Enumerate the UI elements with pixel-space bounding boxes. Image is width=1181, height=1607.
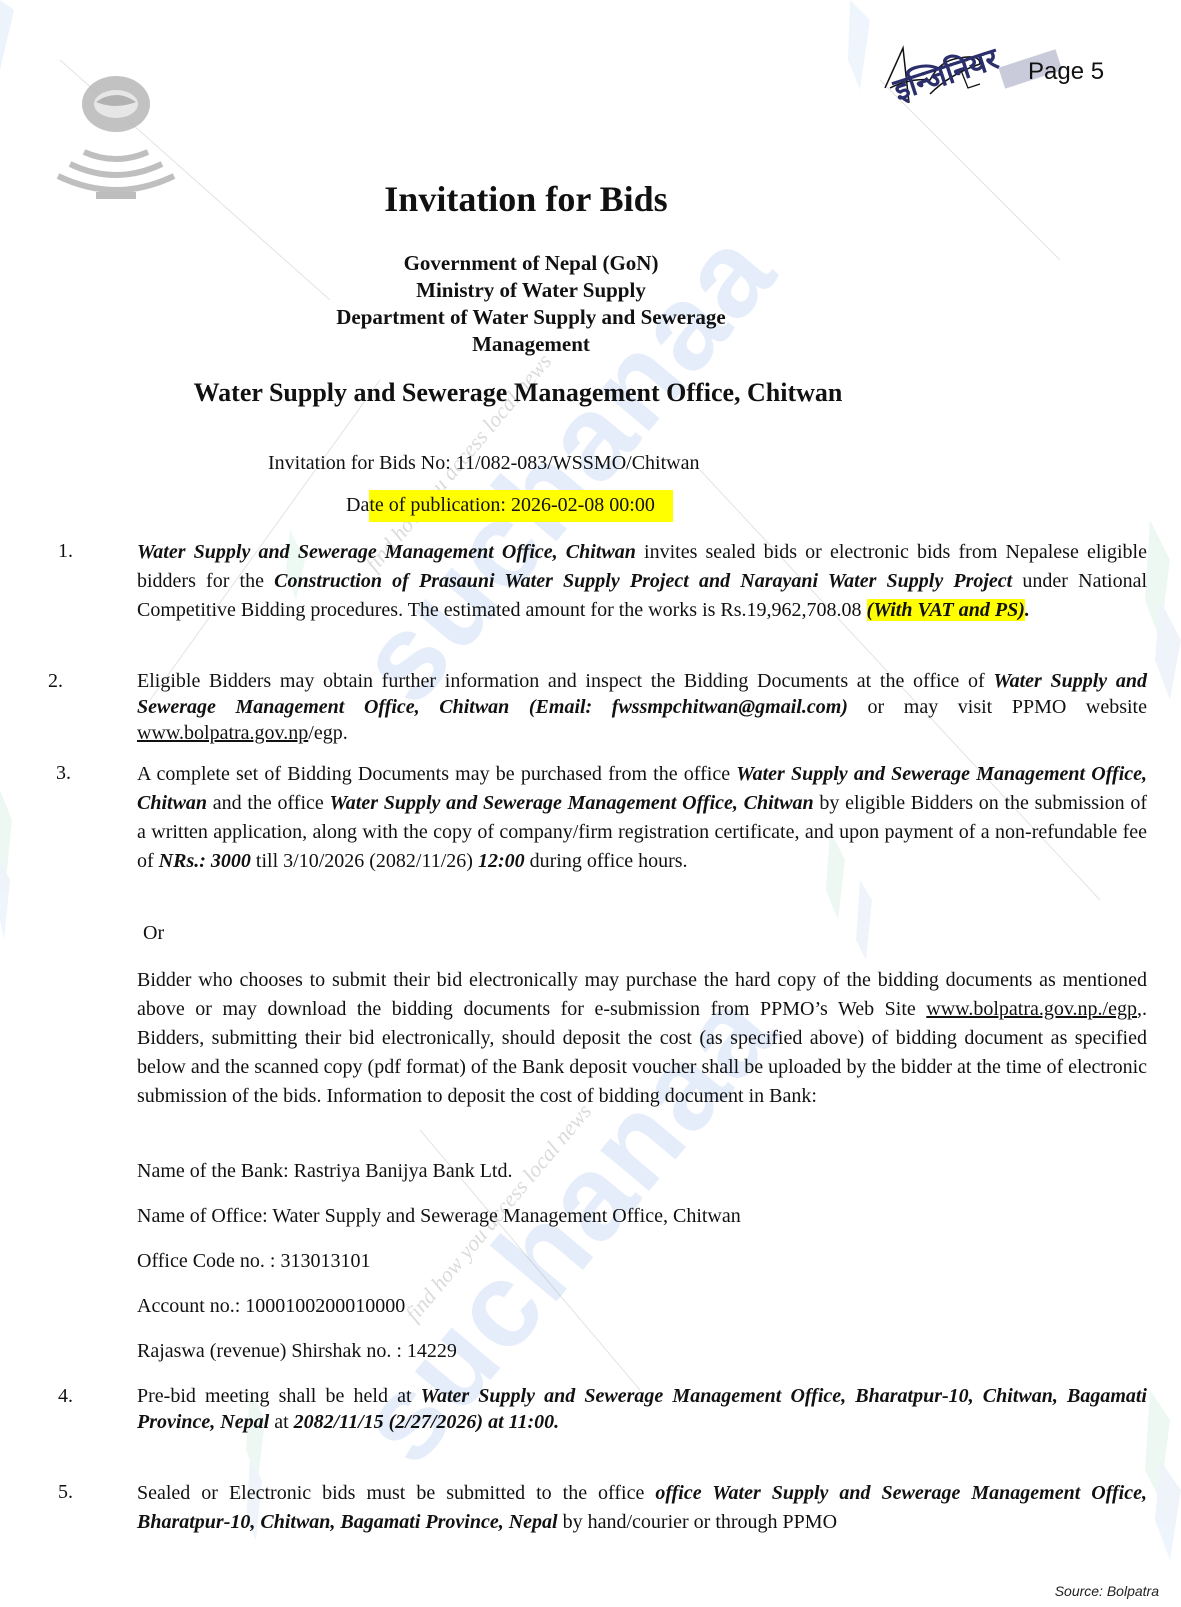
text-segment: 12:00	[478, 850, 525, 872]
electronic-submission-paragraph: Bidder who chooses to submit their bid e…	[137, 966, 1147, 1111]
department-line-cont: Management	[0, 331, 1062, 358]
clause-1: Water Supply and Sewerage Management Off…	[137, 538, 1147, 625]
ministry-line: Ministry of Water Supply	[0, 277, 1062, 304]
bank-name: Name of the Bank: Rastriya Banijya Bank …	[137, 1160, 512, 1183]
government-header: Government of Nepal (GoN) Ministry of Wa…	[0, 250, 1062, 358]
text-segment: by hand/courier or through PPMO	[558, 1511, 837, 1533]
item-number: 4.	[58, 1385, 73, 1408]
text-segment: or may visit PPMO website	[848, 696, 1147, 718]
ifb-number: Invitation for Bids No: 11/082-083/WSSMO…	[268, 452, 699, 475]
text-segment: Pre-bid meeting shall be held at	[137, 1385, 421, 1407]
office-name: Name of Office: Water Supply and Sewerag…	[137, 1205, 741, 1228]
clause-2: Eligible Bidders may obtain further info…	[137, 668, 1147, 746]
text-segment: during office hours.	[525, 850, 688, 872]
text-segment: (With VAT and PS)	[867, 599, 1025, 621]
gov-line: Government of Nepal (GoN)	[0, 250, 1062, 277]
link-text[interactable]: www.bolpatra.gov.np./egp	[926, 998, 1137, 1020]
item-number: 3.	[56, 762, 71, 785]
text-segment: /egp.	[308, 722, 347, 744]
item-number: 1.	[58, 540, 73, 563]
text-segment: Water Supply and Sewerage Management Off…	[137, 541, 636, 563]
revenue-shirshak-number: Rajaswa (revenue) Shirshak no. : 14229	[137, 1340, 457, 1363]
document-title: Invitation for Bids	[0, 178, 1052, 220]
clause-5: Sealed or Electronic bids must be submit…	[137, 1479, 1147, 1537]
text-segment: at	[269, 1411, 293, 1433]
text-segment: Eligible Bidders may obtain further info…	[137, 670, 993, 692]
office-title: Water Supply and Sewerage Management Off…	[0, 378, 1036, 408]
or-label: Or	[143, 922, 164, 945]
text-segment: and the office	[207, 792, 329, 814]
text-segment: Sealed or Electronic bids must be submit…	[137, 1482, 655, 1504]
clause-4: Pre-bid meeting shall be held at Water S…	[137, 1383, 1147, 1435]
text-segment: NRs.: 3000	[159, 850, 251, 872]
text-segment: Construction of Prasauni Water Supply Pr…	[274, 570, 1012, 592]
text-segment: Water Supply and Sewerage Management Off…	[330, 792, 814, 814]
pub-date-prefix: Da	[346, 494, 369, 516]
text-segment: 2082/11/15 (2/27/2026) at 11:00.	[294, 1411, 560, 1433]
link-text[interactable]: www.bolpatra.gov.np	[137, 722, 308, 744]
text-segment: .	[1025, 599, 1030, 621]
pub-date-highlight: te of publication: 2026-02-08 00:00	[369, 490, 673, 522]
account-number: Account no.: 1000100200010000	[137, 1295, 405, 1318]
page-number: Page 5	[1028, 58, 1104, 86]
item-number: 5.	[58, 1481, 73, 1504]
text-segment: till 3/10/2026 (2082/11/26)	[251, 850, 478, 872]
item-number: 2.	[48, 670, 63, 693]
department-line: Department of Water Supply and Sewerage	[0, 304, 1062, 331]
text-segment: A complete set of Bidding Documents may …	[137, 763, 736, 785]
clause-3: A complete set of Bidding Documents may …	[137, 760, 1147, 876]
source-credit: Source: Bolpatra	[1055, 1583, 1159, 1599]
office-code: Office Code no. : 313013101	[137, 1250, 371, 1273]
publication-date: Date of publication: 2026-02-08 00:00	[346, 494, 673, 517]
